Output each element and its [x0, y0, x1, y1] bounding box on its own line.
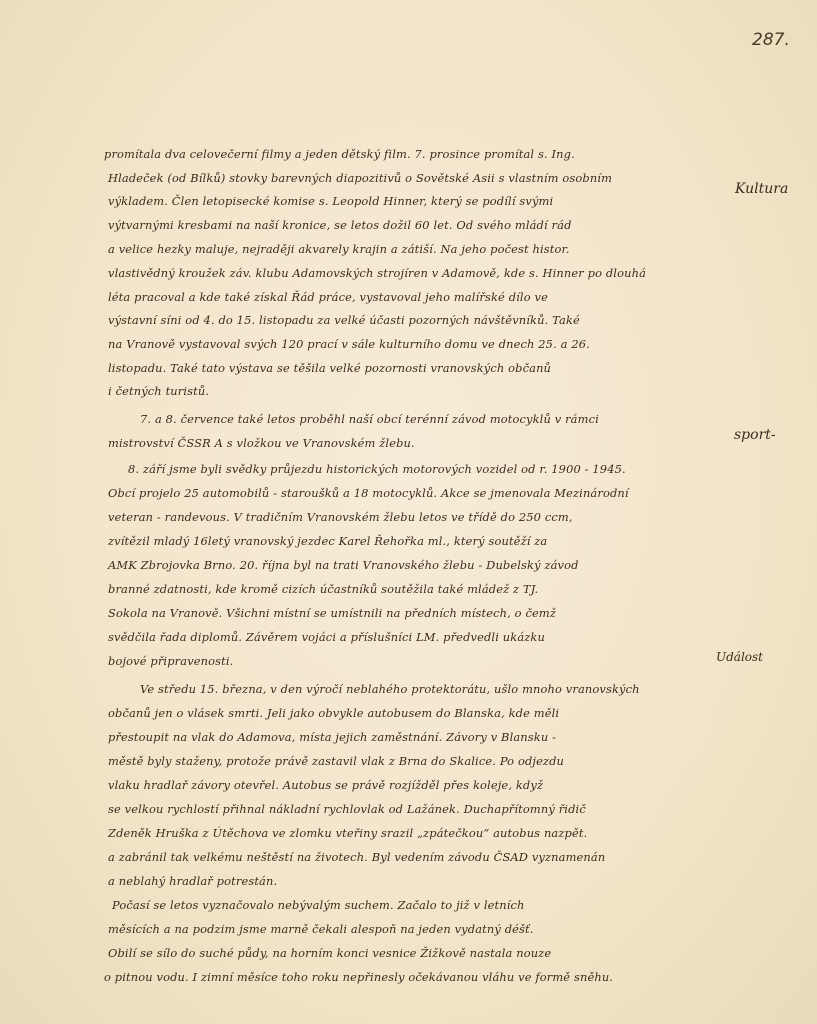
- text-line: Zdeněk Hruška z Útěchova ve zlomku vteři…: [108, 826, 587, 840]
- text-line: veteran - randevous. V tradičním Vranovs…: [108, 510, 573, 524]
- text-line: i četných turistů.: [108, 384, 209, 398]
- text-line: výtvarnými kresbami na naší kronice, se …: [108, 218, 572, 232]
- text-line: zvítězil mladý 16letý vranovský jezdec K…: [108, 534, 547, 548]
- text-line: a velice hezky maluje, nejraději akvarel…: [108, 242, 570, 256]
- text-line: se velkou rychlostí přihnal nákladní ryc…: [108, 802, 586, 816]
- text-line: Sokola na Vranově. Všichni místní se umí…: [108, 606, 556, 620]
- text-line: na Vranově vystavoval svých 120 prací v …: [108, 337, 590, 351]
- text-line: Počasí se letos vyznačovalo nebývalým su…: [112, 898, 525, 912]
- text-line: výstavní síni od 4. do 15. listopadu za …: [108, 313, 580, 327]
- text-line: svědčila řada diplomů. Závěrem vojáci a …: [108, 630, 545, 644]
- text-line: městě byly staženy, protože právě zastav…: [108, 754, 564, 768]
- margin-note-udalost: Událost: [716, 650, 763, 664]
- margin-note-sport: sport-: [734, 427, 776, 443]
- text-line: branné zdatnosti, kde kromě cizích účast…: [108, 582, 538, 596]
- chronicle-page: 287. Kultura sport- Událost promítala dv…: [0, 0, 817, 1024]
- text-line: přestoupit na vlak do Adamova, místa jej…: [108, 730, 556, 744]
- text-line: bojové připravenosti.: [108, 654, 233, 668]
- text-line: AMK Zbrojovka Brno. 20. října byl na tra…: [108, 558, 579, 572]
- text-line: a neblahý hradlař potrestán.: [108, 874, 277, 888]
- text-line: promítala dva celovečerní filmy a jeden …: [104, 147, 575, 161]
- text-line: mistrovství ČSSR A s vložkou ve Vranovsk…: [108, 436, 415, 450]
- text-line: 7. a 8. července také letos proběhl naší…: [140, 412, 599, 426]
- text-line: občanů jen o vlásek smrti. Jeli jako obv…: [108, 706, 559, 720]
- text-line: a zabránil tak velkému neštěstí na život…: [108, 850, 605, 864]
- page-number: 287.: [752, 30, 790, 50]
- text-line: Obilí se sílo do suché půdy, na horním k…: [108, 946, 551, 960]
- text-line: vlastivědný kroužek záv. klubu Adamovský…: [108, 266, 646, 280]
- text-line: Obcí projelo 25 automobilů - staroušků a…: [108, 486, 629, 500]
- text-line: listopadu. Také tato výstava se těšila v…: [108, 361, 551, 375]
- text-line: 8. září jsme byli svědky průjezdu histor…: [128, 462, 626, 476]
- margin-note-kultura: Kultura: [735, 181, 788, 197]
- text-line: vlaku hradlař závory otevřel. Autobus se…: [108, 778, 543, 792]
- text-line: Hladeček (od Bílků) stovky barevných dia…: [108, 171, 612, 185]
- text-line: výkladem. Člen letopisecké komise s. Leo…: [108, 194, 553, 208]
- text-line: měsících a na podzim jsme marně čekali a…: [108, 922, 534, 936]
- text-line: léta pracoval a kde také získal Řád prác…: [108, 290, 548, 304]
- text-line: o pitnou vodu. I zimní měsíce toho roku …: [104, 970, 613, 984]
- text-line: Ve středu 15. března, v den výročí nebla…: [140, 682, 640, 696]
